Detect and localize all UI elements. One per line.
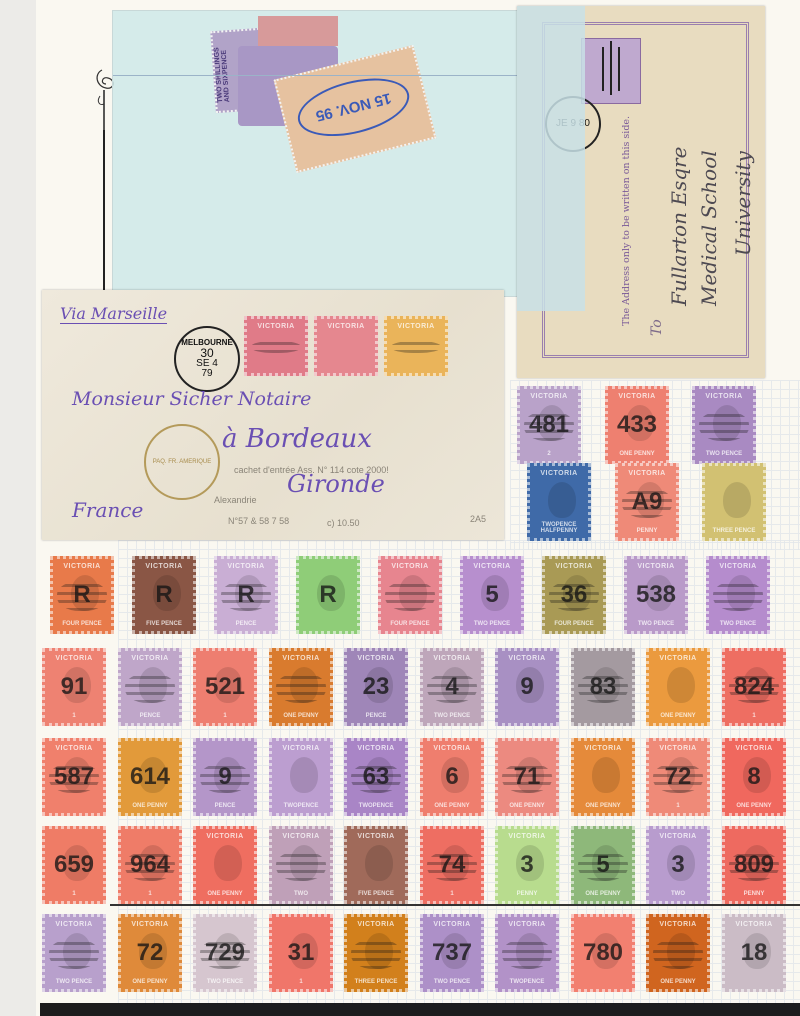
barred-cancel bbox=[653, 939, 703, 969]
barred-cancel bbox=[713, 581, 763, 611]
stamp: VICTORIA721 bbox=[646, 738, 710, 816]
stamp-denomination: ONE PENNY bbox=[649, 979, 707, 985]
queen-portrait bbox=[667, 667, 695, 703]
stamp: VICTORIA9 bbox=[495, 648, 559, 726]
stamp-denomination: PENCE bbox=[196, 803, 254, 809]
cancel-number: 3 bbox=[520, 851, 533, 879]
stamp-country: VICTORIA bbox=[272, 655, 330, 662]
stamp-denomination: THREE PENCE bbox=[347, 979, 405, 985]
cancel-number: 4 bbox=[445, 673, 458, 701]
barred-cancel bbox=[276, 673, 326, 703]
cover-address-line: France bbox=[72, 498, 143, 522]
card-indicia bbox=[581, 38, 641, 104]
stamp: VICTORIA737TWO PENCE bbox=[420, 914, 484, 992]
cancel-number: 74 bbox=[439, 851, 466, 879]
stamp: 8241 bbox=[722, 648, 786, 726]
cancel-number: 9 bbox=[218, 763, 231, 791]
cancel-number: 824 bbox=[734, 673, 774, 701]
cancel-number: 433 bbox=[617, 411, 657, 439]
cancel-number: 83 bbox=[590, 673, 617, 701]
stamp: VICTORIATWOPENCE bbox=[269, 738, 333, 816]
stamp-denomination: ONE PENNY bbox=[121, 979, 179, 985]
cancel-number: R bbox=[155, 581, 172, 609]
pencil-note: Alexandrie bbox=[214, 495, 257, 505]
cancel-number: A9 bbox=[632, 488, 663, 516]
stamp-country: VICTORIA bbox=[45, 745, 103, 752]
stamp: VICTORIA3TWO bbox=[646, 826, 710, 904]
stamp-denomination: 1 bbox=[196, 713, 254, 719]
cancel-number: 72 bbox=[137, 939, 164, 967]
stamp: VICTORIA4TWO PENCE bbox=[420, 648, 484, 726]
card-address-line: Medical School bbox=[697, 150, 721, 306]
stamp-denomination: 1 bbox=[45, 891, 103, 897]
barred-cancel bbox=[502, 939, 552, 969]
cancel-number: 72 bbox=[665, 763, 692, 791]
stamp-denomination: ONE PENNY bbox=[121, 803, 179, 809]
stamp-denomination: 1 bbox=[121, 891, 179, 897]
barred-cancel bbox=[385, 581, 435, 611]
stamp: 780 bbox=[571, 914, 635, 992]
stamp: 614ONE PENNY bbox=[118, 738, 182, 816]
cancel-number: 737 bbox=[432, 939, 472, 967]
stamp: VICTORIA587 bbox=[42, 738, 106, 816]
stamp-denomination: TWOPENCE bbox=[272, 803, 330, 809]
cancel-number: 809 bbox=[734, 851, 774, 879]
stamp-country: VICTORIA bbox=[423, 655, 481, 662]
stamp-country: VICTORIA bbox=[627, 563, 685, 570]
stamp: VICTORIA72ONE PENNY bbox=[118, 914, 182, 992]
stamp: VICTORIATWO PENCE bbox=[42, 914, 106, 992]
cover-address-line: à Bordeaux bbox=[222, 424, 372, 454]
stamp-country: VICTORIA bbox=[347, 921, 405, 928]
stamp-denomination: ONE PENNY bbox=[725, 803, 783, 809]
stamp-country: VICTORIA bbox=[272, 745, 330, 752]
stamp: VICTORIATWO PENCE bbox=[692, 386, 756, 464]
stamp-denomination: TWOPENCE bbox=[498, 979, 556, 985]
oval-cancel: 15 NOV. 95 bbox=[292, 68, 415, 146]
stamp-denomination: FIVE PENCE bbox=[135, 621, 193, 627]
stamp-country: VICTORIA bbox=[649, 655, 707, 662]
stamp: VICTORIA5TWO PENCE bbox=[460, 556, 524, 634]
stamp-denomination: 2 bbox=[520, 451, 578, 457]
cancel-number: 8 bbox=[747, 763, 760, 791]
stamp: 729TWO PENCE bbox=[193, 914, 257, 992]
stamp-denomination: TWO PENCE bbox=[423, 979, 481, 985]
stamp: 6591 bbox=[42, 826, 106, 904]
stamp-denomination: TWOPENCE HALFPENNY bbox=[530, 522, 588, 534]
stamp-country: VICTORIA bbox=[463, 563, 521, 570]
stamp: VICTORIA3PENNY bbox=[495, 826, 559, 904]
stamp-denomination: 1 bbox=[272, 979, 330, 985]
stamp-denomination: ONE PENNY bbox=[498, 803, 556, 809]
queen-portrait bbox=[365, 845, 393, 881]
stamp: VICTORIA36FOUR PENCE bbox=[542, 556, 606, 634]
cancel-number: 614 bbox=[130, 763, 170, 791]
cancel-number: 71 bbox=[514, 763, 541, 791]
stamp: VICTORIAONE PENNY bbox=[269, 648, 333, 726]
stamp: VICTORIAONE PENNY bbox=[193, 826, 257, 904]
stamp: VICTORIA23PENCE bbox=[344, 648, 408, 726]
routing-endorsement: Via Marseille bbox=[60, 304, 167, 324]
stamp: THREE PENCE bbox=[702, 463, 766, 541]
glassine-overlap bbox=[517, 6, 585, 311]
cancel-number: 521 bbox=[205, 673, 245, 701]
stamp-country: VICTORIA bbox=[196, 833, 254, 840]
stamp-country: VICTORIA bbox=[347, 833, 405, 840]
stamp-country: VICTORIA bbox=[618, 470, 676, 477]
stamp-country: VICTORIA bbox=[608, 393, 666, 400]
cancel-number: 5 bbox=[596, 851, 609, 879]
stamp: VICTORIA538TWO PENCE bbox=[624, 556, 688, 634]
stamp: VICTORIAA9PENNY bbox=[615, 463, 679, 541]
stamp-country: VICTORIA bbox=[545, 563, 603, 570]
card-instruction: The Address only to be written on this s… bbox=[621, 116, 632, 326]
stamp-country: VICTORIA bbox=[574, 745, 632, 752]
stamp-denomination: ONE PENNY bbox=[423, 803, 481, 809]
stamp-country: VICTORIA bbox=[121, 921, 179, 928]
stamp-country: VICTORIA bbox=[45, 921, 103, 928]
stamp-denomination: TWO PENCE bbox=[423, 713, 481, 719]
stamp-denomination: PENNY bbox=[725, 891, 783, 897]
pencil-note: c) 10.50 bbox=[327, 518, 360, 528]
stamp: VICTORIA433ONE PENNY bbox=[605, 386, 669, 464]
stamp-denomination: TWO PENCE bbox=[709, 621, 767, 627]
stamp: 741 bbox=[420, 826, 484, 904]
card-address-line: University bbox=[731, 151, 755, 256]
pencil-note: 2A5 bbox=[470, 514, 486, 524]
stamp-denomination: ONE PENNY bbox=[608, 451, 666, 457]
cancel-number: 3 bbox=[671, 851, 684, 879]
stamp: VICTORIAONE PENNY bbox=[571, 738, 635, 816]
stamp-denomination: TWO PENCE bbox=[627, 621, 685, 627]
stamp-denomination: 1 bbox=[725, 713, 783, 719]
cover-stamp: VICTORIA bbox=[314, 316, 378, 376]
stamp: VICTORIAONE PENNY bbox=[646, 648, 710, 726]
queen-portrait bbox=[290, 757, 318, 793]
french-entry-mark: PAQ. FR. AMERIQUE bbox=[144, 424, 220, 500]
stamp-country: VICTORIA bbox=[423, 745, 481, 752]
glassine-envelope: TWO SHILLINGS AND SIXPENCE 15 NOV. 95 bbox=[112, 10, 534, 297]
stamp-country: VICTORIA bbox=[695, 393, 753, 400]
stamp-denomination: FOUR PENCE bbox=[545, 621, 603, 627]
revenue-stamp bbox=[258, 16, 338, 46]
stamp-country: VICTORIA bbox=[423, 921, 481, 928]
album-border-line bbox=[103, 130, 105, 290]
stamp: VICTORIAFIVE PENCE bbox=[344, 826, 408, 904]
stamp: VICTORIAONE PENNY bbox=[646, 914, 710, 992]
stamp-country: VICTORIA bbox=[347, 745, 405, 752]
stamp-denomination: PENCE bbox=[217, 621, 275, 627]
cancel-number: 9 bbox=[520, 673, 533, 701]
postal-card: JE 9 80 The Address only to be written o… bbox=[517, 6, 765, 378]
cover-stamp: VICTORIA bbox=[384, 316, 448, 376]
stamp: 809PENNY bbox=[722, 826, 786, 904]
album-rule bbox=[110, 904, 800, 906]
stamp: VICTORIA8ONE PENNY bbox=[722, 738, 786, 816]
pencil-note: N°57 & 58 7 58 bbox=[228, 516, 289, 526]
stamp: VICTORIATHREE PENCE bbox=[344, 914, 408, 992]
stamp-denomination: PENNY bbox=[618, 528, 676, 534]
cancel-number: R bbox=[73, 581, 90, 609]
cancel-number: 31 bbox=[288, 939, 315, 967]
stamp-denomination: 1 bbox=[649, 803, 707, 809]
cancel-number: 964 bbox=[130, 851, 170, 879]
stamp-country: VICTORIA bbox=[381, 563, 439, 570]
stamp: 9641 bbox=[118, 826, 182, 904]
cover-stamp: VICTORIA bbox=[244, 316, 308, 376]
stamp-country: VICTORIA bbox=[272, 833, 330, 840]
stamp-country: VICTORIA bbox=[121, 655, 179, 662]
stamp: VICTORIA911 bbox=[42, 648, 106, 726]
stamp: 5211 bbox=[193, 648, 257, 726]
stamp-country: VICTORIA bbox=[45, 655, 103, 662]
stamp: 71ONE PENNY bbox=[495, 738, 559, 816]
stamp: VICTORIATWO bbox=[269, 826, 333, 904]
album-edge bbox=[40, 1003, 800, 1016]
stamp-denomination: 1 bbox=[45, 713, 103, 719]
cancel-number: 91 bbox=[61, 673, 88, 701]
stamp: VICTORIAFOUR PENCE bbox=[378, 556, 442, 634]
stamp: VICTORIARPENCE bbox=[214, 556, 278, 634]
stamp: VICTORIATWOPENCE bbox=[495, 914, 559, 992]
stamp-country: VICTORIA bbox=[53, 563, 111, 570]
stamp-denomination: ONE PENNY bbox=[649, 713, 707, 719]
stamp-denomination: TWO PENCE bbox=[45, 979, 103, 985]
cancel-number: 481 bbox=[529, 411, 569, 439]
stamp: VICTORIA4812 bbox=[517, 386, 581, 464]
stamp-denomination: TWO bbox=[272, 891, 330, 897]
cancel-number: 780 bbox=[583, 939, 623, 967]
melbourne-postmark: MELBOURNE 30 SE 4 79 bbox=[174, 326, 240, 392]
cancel-number: 5 bbox=[485, 581, 498, 609]
stamp-denomination: ONE PENNY bbox=[574, 803, 632, 809]
barred-cancel bbox=[276, 851, 326, 881]
cancel-number: R bbox=[237, 581, 254, 609]
stamp-country: VICTORIA bbox=[725, 745, 783, 752]
stamp-country: VICTORIA bbox=[649, 833, 707, 840]
stamp-country: VICTORIA bbox=[498, 833, 556, 840]
stamp-country: VICTORIA bbox=[530, 470, 588, 477]
barred-cancel bbox=[351, 939, 401, 969]
cancel-number: 729 bbox=[205, 939, 245, 967]
stamp-country: VICTORIA bbox=[135, 563, 193, 570]
card-to-label: To bbox=[649, 319, 665, 336]
stamp: VICTORIATWO PENCE bbox=[706, 556, 770, 634]
cancel-number: 36 bbox=[561, 581, 588, 609]
stamp-denomination: TWO bbox=[649, 891, 707, 897]
stamp-denomination: ONE PENNY bbox=[196, 891, 254, 897]
cancel-number: R bbox=[319, 581, 336, 609]
stamp-denomination: ONE PENNY bbox=[574, 891, 632, 897]
stamp-denomination: TWO PENCE bbox=[463, 621, 521, 627]
stamp: 9PENCE bbox=[193, 738, 257, 816]
queen-portrait bbox=[214, 845, 242, 881]
stamp-country: VICTORIA bbox=[498, 655, 556, 662]
cancel-number: 6 bbox=[445, 763, 458, 791]
stamp-denomination: TWOPENCE bbox=[347, 803, 405, 809]
stamp-country: VICTORIA bbox=[347, 655, 405, 662]
queen-portrait bbox=[548, 482, 576, 518]
stamp-country: VICTORIA bbox=[649, 745, 707, 752]
stamp-country: VICTORIA bbox=[217, 563, 275, 570]
barred-cancel bbox=[125, 673, 175, 703]
cancel-number: 23 bbox=[363, 673, 390, 701]
stamp: R bbox=[296, 556, 360, 634]
stamp-denomination: TWO PENCE bbox=[695, 451, 753, 457]
stamp-denomination: FOUR PENCE bbox=[53, 621, 111, 627]
stamp: VICTORIA63TWOPENCE bbox=[344, 738, 408, 816]
stamp: 311 bbox=[269, 914, 333, 992]
barred-cancel bbox=[699, 411, 749, 441]
stamp-denomination: 1 bbox=[423, 891, 481, 897]
stamp: VICTORIATWOPENCE HALFPENNY bbox=[527, 463, 591, 541]
glassine-fold bbox=[113, 75, 533, 76]
stamp-denomination: FIVE PENCE bbox=[347, 891, 405, 897]
stamp-denomination: ONE PENNY bbox=[272, 713, 330, 719]
stamp: VICTORIAPENCE bbox=[118, 648, 182, 726]
cancel-number: 18 bbox=[741, 939, 768, 967]
stamp: VICTORIA18 bbox=[722, 914, 786, 992]
stamp-country: VICTORIA bbox=[725, 921, 783, 928]
stamp: 83 bbox=[571, 648, 635, 726]
pencil-note: cachet d'entrée Ass. N° 114 cote 2000! bbox=[234, 465, 389, 475]
stamp: VICTORIARFIVE PENCE bbox=[132, 556, 196, 634]
cancel-number: 659 bbox=[54, 851, 94, 879]
stamp: VICTORIARFOUR PENCE bbox=[50, 556, 114, 634]
stamp-denomination: PENCE bbox=[347, 713, 405, 719]
cancel-number: 63 bbox=[363, 763, 390, 791]
queen-portrait bbox=[723, 482, 751, 518]
stamp-country: VICTORIA bbox=[649, 921, 707, 928]
stamp-denomination: THREE PENCE bbox=[705, 528, 763, 534]
barred-cancel bbox=[49, 939, 99, 969]
postal-cover: Via Marseille MELBOURNE 30 SE 4 79 VICTO… bbox=[42, 290, 504, 540]
stamp-country: VICTORIA bbox=[498, 921, 556, 928]
stamp-denomination: PENNY bbox=[498, 891, 556, 897]
stamp-denomination: FOUR PENCE bbox=[381, 621, 439, 627]
stamp-denomination: TWO PENCE bbox=[196, 979, 254, 985]
stamp-country: VICTORIA bbox=[709, 563, 767, 570]
card-address-line: Fullarton Esqre bbox=[667, 147, 691, 306]
cancel-number: 538 bbox=[636, 581, 676, 609]
stamp: 5ONE PENNY bbox=[571, 826, 635, 904]
cancel-number: 587 bbox=[54, 763, 94, 791]
stamp-denomination: PENCE bbox=[121, 713, 179, 719]
stamp: VICTORIA6ONE PENNY bbox=[420, 738, 484, 816]
stamp-country: VICTORIA bbox=[520, 393, 578, 400]
queen-portrait bbox=[592, 757, 620, 793]
cover-address-line: Monsieur Sicher Notaire bbox=[72, 388, 311, 410]
